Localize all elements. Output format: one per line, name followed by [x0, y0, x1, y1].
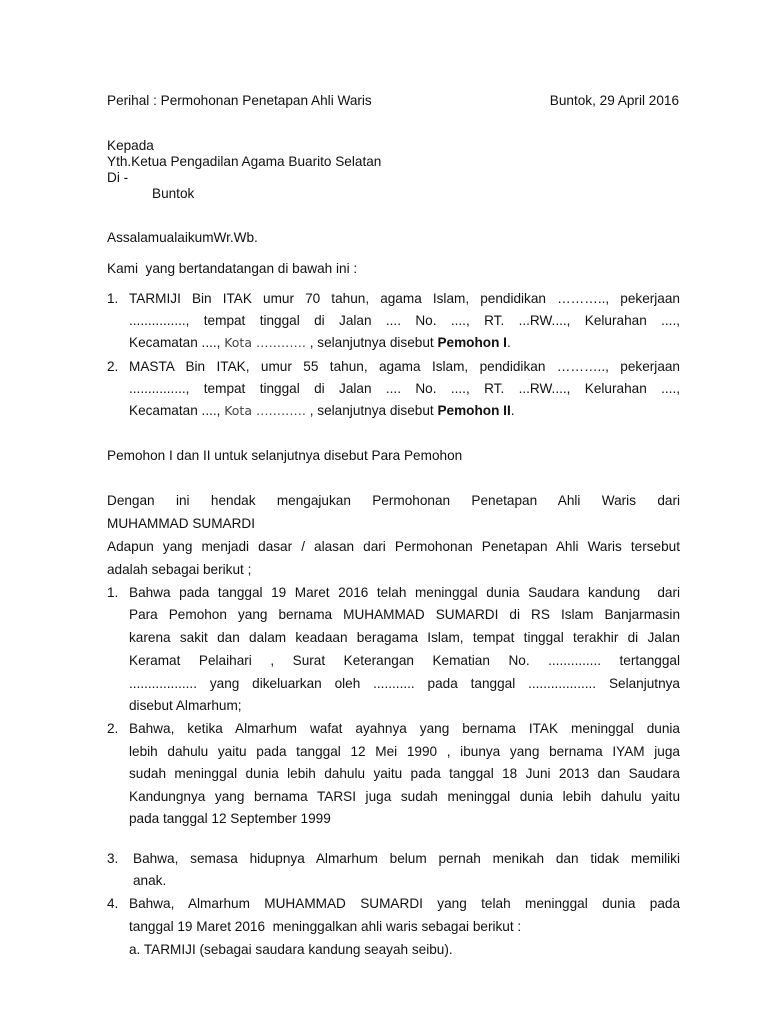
reason-2-line5: pada tanggal 12 September 1999 [129, 811, 331, 827]
recipient-city: Buntok [152, 186, 194, 202]
applicant-1-number: 1. [107, 291, 118, 307]
applicant-1-end: . [507, 335, 511, 350]
petition-deceased-name: MUHAMMAD SUMARDI [107, 516, 255, 532]
recipient-title: Yth.Ketua Pengadilan Agama Buarito Selat… [107, 154, 381, 170]
applicant-1-kecamatan: Kecamatan ...., [129, 335, 224, 350]
applicant-1-line1: TARMIJI Bin ITAK umur 70 tahun, agama Is… [129, 291, 680, 307]
petition-line1: Dengan ini hendak mengajukan Permohonan … [107, 493, 680, 509]
reason-4-line2: tanggal 19 Maret 2016 meninggalkan ahli … [129, 919, 521, 935]
reason-3-number: 3. [107, 851, 118, 867]
recipient-kepada: Kepada [107, 138, 154, 154]
reason-2-line4: Kandungnya yang bernama TARSI juga sudah… [129, 789, 680, 805]
applicant-2-label: Pemohon II [437, 403, 510, 418]
applicant-2-kota: Kota ………… [224, 403, 306, 418]
heir-a: a. TARMIJI (sebagai saudara kandung seay… [129, 942, 453, 958]
petition-basis-line2: adalah sebagai berikut ; [107, 562, 251, 578]
applicant-2-line3: Kecamatan ...., Kota ………… , selanjutnya … [129, 403, 515, 419]
reason-3-line1: Bahwa, semasa hidupnya Almarhum belum pe… [133, 851, 680, 867]
applicant-1-label: Pemohon I [437, 335, 506, 350]
document-page: Perihal : Permohonan Penetapan Ahli Wari… [0, 0, 768, 1024]
applicant-2-number: 2. [107, 359, 118, 375]
applicant-2-end: . [511, 403, 515, 418]
reason-2-number: 2. [107, 721, 118, 737]
applicants-summary: Pemohon I dan II untuk selanjutnya diseb… [107, 448, 462, 464]
applicant-1-line2: ..............., tempat tinggal di Jalan… [129, 313, 680, 329]
reason-2-line3: sudah meninggal dunia lebih dahulu yaitu… [129, 766, 680, 782]
reason-2-line1: Bahwa, ketika Almarhum wafat ayahnya yan… [129, 721, 680, 737]
recipient-di: Di - [107, 170, 128, 186]
reason-4-line1: Bahwa, Almarhum MUHAMMAD SUMARDI yang te… [129, 896, 680, 912]
reason-1-line6: disebut Almarhum; [129, 698, 242, 714]
applicant-2-line1: MASTA Bin ITAK, umur 55 tahun, agama Isl… [129, 359, 680, 375]
reason-2-line2: lebih dahulu yaitu pada tanggal 12 Mei 1… [129, 744, 680, 760]
greeting: AssalamualaikumWr.Wb. [107, 230, 258, 246]
reason-1-line1: Bahwa pada tanggal 19 Maret 2016 telah m… [129, 585, 680, 601]
applicant-1-suffix: , selanjutnya disebut [306, 335, 438, 350]
reason-4-number: 4. [107, 896, 118, 912]
petition-basis-line1: Adapun yang menjadi dasar / alasan dari … [107, 539, 680, 555]
subject-line: Perihal : Permohonan Penetapan Ahli Wari… [107, 93, 372, 109]
reason-3-line2: anak. [133, 873, 166, 889]
reason-1-line2: Para Pemohon yang bernama MUHAMMAD SUMAR… [129, 607, 680, 623]
intro-text: Kami yang bertandatangan di bawah ini : [107, 261, 357, 277]
reason-1-number: 1. [107, 585, 118, 601]
applicant-2-suffix: , selanjutnya disebut [306, 403, 438, 418]
place-date: Buntok, 29 April 2016 [550, 93, 679, 109]
reason-1-line4: Keramat Pelaihari , Surat Keterangan Kem… [129, 653, 680, 669]
applicant-1-line3: Kecamatan ...., Kota ………… , selanjutnya … [129, 335, 511, 351]
applicant-2-kecamatan: Kecamatan ...., [129, 403, 224, 418]
applicant-2-line2: ..............., tempat tinggal di Jalan… [129, 381, 680, 397]
reason-1-line3: karena sakit dan dalam keadaan beragama … [129, 630, 680, 646]
applicant-1-kota: Kota ………… [224, 335, 306, 350]
reason-1-line5: .................. yang dikeluarkan oleh… [129, 676, 680, 692]
